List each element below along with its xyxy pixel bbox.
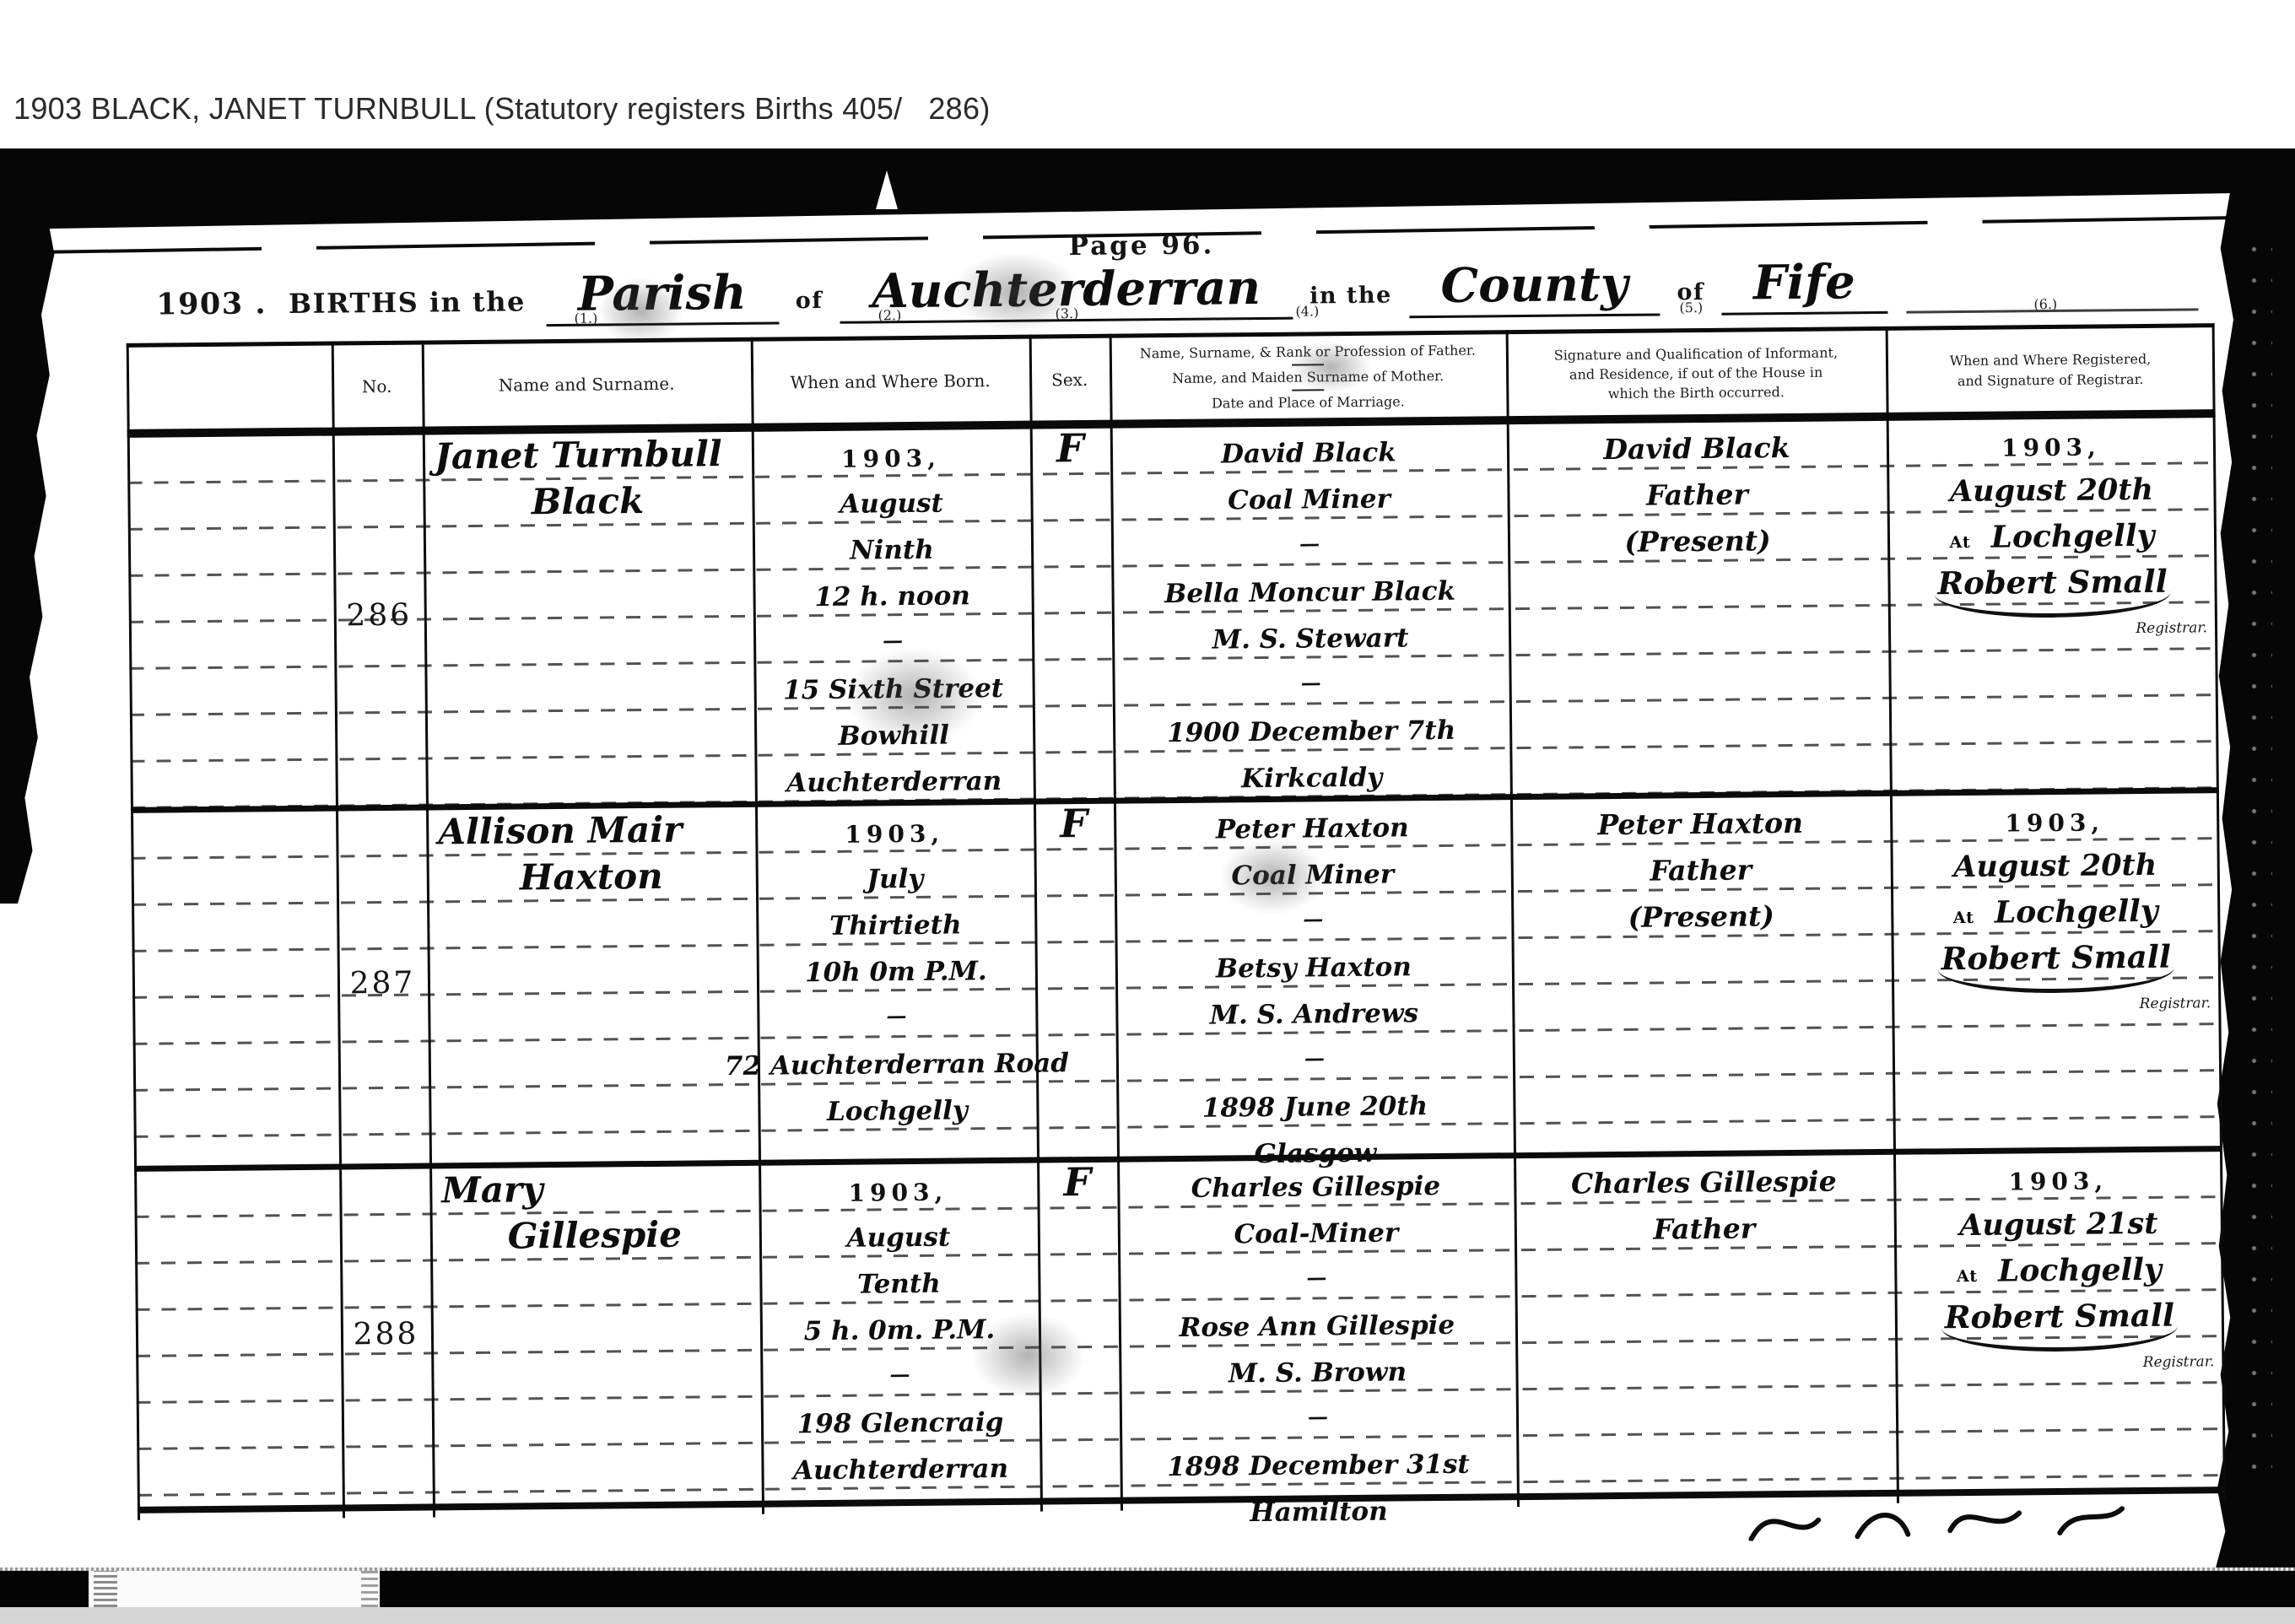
registered-place-line: At Lochgelly	[1887, 510, 2217, 560]
header-sex: Sex.	[1029, 338, 1110, 421]
sex-cell: F	[1034, 804, 1117, 1157]
registered-date: August 20th	[1887, 464, 2217, 514]
born-line: Auchterderran	[761, 1442, 1040, 1491]
scan-top-border	[0, 148, 2295, 229]
scan-bottom-border-gap	[89, 1571, 380, 1607]
name-line: Allison Mair	[426, 807, 756, 857]
header-informant: Signature and Qualification of Informant…	[1506, 331, 1887, 416]
register-entry-287: 287 Allison Mair Haxton 1903, July Thirt…	[131, 793, 2222, 1172]
entry-number: 286	[334, 597, 424, 633]
born-line: Lochgelly	[758, 1083, 1037, 1132]
header-no: No.	[332, 345, 423, 428]
parents-line: Coal-Miner	[1118, 1205, 1515, 1255]
parents-line: —	[1112, 656, 1509, 707]
parents-line: 1898 December 31st	[1120, 1437, 1517, 1487]
name-line: Haxton	[427, 854, 757, 904]
name-line: Gillespie	[430, 1212, 760, 1262]
title-year: 1903 .	[156, 286, 267, 321]
registered-place: Lochgelly	[1990, 518, 2154, 555]
parents-line: M. S. Stewart	[1112, 610, 1509, 661]
entry-number: 287	[337, 965, 428, 1001]
registered-place: Lochgelly	[1995, 893, 2158, 931]
parents-cell: David Black Coal Miner — Bella Moncur Bl…	[1110, 424, 1510, 797]
header-registered: When and Where Registered, and Signature…	[1886, 327, 2216, 413]
registered-date: August 20th	[1890, 839, 2220, 889]
record-title: 1903 BLACK, JANET TURNBULL (Statutory re…	[13, 88, 1308, 129]
title-births: BIRTHS in the	[289, 285, 526, 320]
name-cell: Janet Turnbull Black	[423, 432, 755, 805]
title-county-name: Fife	[1721, 254, 1887, 316]
bottom-gray-strip	[0, 1607, 2295, 1624]
register-entry-288: 288 Mary Gillespie 1903, August Tenth 5 …	[134, 1152, 2226, 1513]
ink-smudge	[598, 278, 683, 346]
registrar-label: Registrar.	[1892, 995, 2221, 1015]
parents-line: Kirkcaldy	[1113, 749, 1510, 800]
born-line: 72 Auchterderran Road	[758, 1037, 1037, 1086]
parents-line: M. S. Brown	[1119, 1344, 1516, 1395]
entry-number-cell: 288	[339, 1168, 433, 1504]
parents-cell: Charles Gillespie Coal-Miner — Rose Ann …	[1117, 1158, 1517, 1497]
parents-line: —	[1111, 517, 1509, 568]
registrar-signature: Robert Small	[1895, 1291, 2225, 1341]
header-born: When and Where Born.	[751, 339, 1030, 424]
page-number: Page 96.	[1068, 230, 1214, 262]
column-marker-1: (1.)	[574, 310, 597, 326]
informant-cell: Peter Haxton Father (Present)	[1510, 796, 1893, 1152]
title-of-1: of	[796, 288, 823, 314]
header-name: Name and Surname.	[422, 342, 752, 427]
registered-year: 1903,	[1887, 418, 2217, 467]
informant-line: Father	[1510, 843, 1891, 893]
registered-cell: 1903, August 20th At Lochgelly Robert Sm…	[1890, 793, 2222, 1149]
sex-value: F	[1037, 1163, 1118, 1210]
column-marker-5: (5.)	[1679, 299, 1703, 316]
registrar-signature: Robert Small	[1887, 557, 2217, 607]
parents-line: Betsy Haxton	[1115, 939, 1513, 990]
born-line: July	[756, 851, 1035, 900]
informant-cell: Charles Gillespie Father	[1514, 1155, 1897, 1493]
registered-cell: 1903, August 20th At Lochgelly Robert Sm…	[1887, 418, 2219, 790]
parents-line: Hamilton	[1120, 1483, 1518, 1534]
born-line: Tenth	[759, 1256, 1039, 1305]
at-label: At	[1953, 909, 1974, 931]
parents-line: M. S. Andrews	[1115, 985, 1513, 1036]
parents-line: 1898 June 20th	[1116, 1078, 1514, 1129]
registered-place-line: At Lochgelly	[1894, 1244, 2224, 1294]
name-line: Janet Turnbull	[423, 432, 753, 482]
cutoff-handwriting	[1741, 1502, 2137, 1541]
informant-line: David Black	[1507, 421, 1887, 471]
born-line: 12 h. noon	[753, 569, 1032, 618]
born-line: August	[759, 1210, 1039, 1259]
parents-line: Peter Haxton	[1114, 800, 1511, 850]
sex-value: F	[1034, 804, 1115, 851]
born-cell: 1903, August Ninth 12 h. noon — 15 Sixth…	[752, 429, 1034, 801]
title-county-word: County	[1408, 256, 1660, 318]
registrar-signature: Robert Small	[1892, 932, 2222, 982]
name-line: Black	[423, 478, 753, 528]
parents-line: —	[1120, 1390, 1517, 1441]
sex-value: F	[1030, 429, 1111, 476]
column-marker-4: (4.)	[1295, 303, 1319, 319]
registered-place: Lochgelly	[1998, 1252, 2162, 1289]
born-line: Thirtieth	[756, 898, 1035, 947]
born-line: Auchterderran	[754, 754, 1034, 803]
informant-line: (Present)	[1508, 514, 1888, 564]
name-cell: Mary Gillespie	[429, 1166, 762, 1504]
sex-cell: F	[1030, 429, 1114, 799]
parents-line: Bella Moncur Black	[1111, 564, 1509, 614]
born-line: August	[752, 476, 1031, 525]
entry-number-cell: 286	[332, 435, 426, 806]
born-line: 10h 0m P.M.	[757, 944, 1036, 993]
scan-left-border	[0, 148, 59, 904]
parents-line: —	[1116, 1032, 1514, 1082]
registered-year: 1903,	[1890, 793, 2220, 843]
registered-cell: 1903, August 21st At Lochgelly Robert Sm…	[1893, 1152, 2226, 1490]
entry-number: 288	[341, 1316, 431, 1352]
born-line: Ninth	[753, 522, 1032, 571]
name-cell: Allison Mair Haxton	[426, 807, 759, 1163]
registered-date: August 21st	[1894, 1198, 2224, 1248]
register-entry-286: 286 Janet Turnbull Black 1903, August Ni…	[127, 418, 2219, 813]
title-in-the: in the	[1309, 283, 1392, 310]
informant-line: Father	[1507, 467, 1887, 517]
informant-line: (Present)	[1511, 889, 1892, 939]
at-label: At	[1949, 533, 1970, 555]
parents-line: 1900 December 7th	[1113, 703, 1510, 753]
born-line: —	[757, 990, 1036, 1039]
registered-year: 1903,	[1893, 1152, 2223, 1201]
parents-line: Coal Miner	[1110, 471, 1508, 521]
scanned-register-image: Page 96. 1903 . BIRTHS in the Parish of …	[0, 148, 2295, 1624]
born-line: 1903,	[752, 429, 1031, 478]
parents-line: Rose Ann Gillespie	[1119, 1298, 1516, 1348]
screen: { "viewer": { "title_line": "1903 BLACK,…	[0, 0, 2295, 1624]
name-line: Mary	[429, 1166, 759, 1216]
born-line: 1903,	[759, 1163, 1038, 1212]
at-label: At	[1957, 1267, 1978, 1289]
parents-line: David Black	[1110, 424, 1508, 475]
born-line: 1903,	[755, 805, 1034, 854]
register-page: Page 96. 1903 . BIRTHS in the Parish of …	[127, 323, 2226, 1524]
column-marker-2: (2.)	[877, 307, 901, 323]
parents-line: Charles Gillespie	[1117, 1158, 1515, 1209]
informant-line: Charles Gillespie	[1514, 1155, 1894, 1205]
informant-cell: David Black Father (Present)	[1507, 421, 1890, 794]
scan-bottom-border	[0, 1571, 2295, 1607]
entry-number-cell: 287	[336, 811, 429, 1164]
born-cell: 1903, July Thirtieth 10h 0m P.M. — 72 Au…	[755, 805, 1037, 1160]
registrar-label: Registrar.	[1895, 1353, 2224, 1373]
registered-place-line: At Lochgelly	[1891, 886, 2221, 936]
born-line: 198 Glencraig	[761, 1395, 1040, 1444]
parents-line: —	[1118, 1251, 1515, 1302]
register-title: 1903 . BIRTHS in the Parish of Auchterde…	[156, 251, 2199, 330]
scan-right-border	[2214, 148, 2295, 1574]
informant-line: Peter Haxton	[1510, 796, 1891, 846]
column-marker-6: (6.)	[2033, 296, 2057, 312]
informant-line: Father	[1515, 1201, 1895, 1251]
registrar-label: Registrar.	[1888, 619, 2217, 639]
